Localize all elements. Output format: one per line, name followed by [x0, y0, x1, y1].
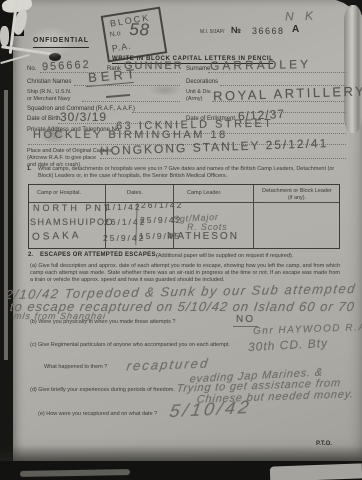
- no-label: No.: [27, 66, 36, 74]
- table-header-leader: Camp Leader.: [187, 190, 222, 197]
- dotted-line: [82, 101, 180, 102]
- ref-number: 36668: [252, 26, 285, 36]
- surname-value: GARRADLEY: [210, 57, 311, 73]
- q2e-label: (e) How were you recaptured and on what …: [38, 411, 157, 418]
- happened-answer: recaptured: [126, 356, 211, 374]
- q1-text: What camps, detachments or hospitals wer…: [38, 166, 346, 180]
- table-row-leader: MATHESON: [167, 231, 239, 242]
- stamp-pa-word: P.A.: [111, 41, 132, 54]
- table-header-block-leader: Detachment or Block Leader (if any).: [261, 188, 333, 202]
- dotted-line: [74, 85, 180, 86]
- dotted-line: [208, 72, 346, 73]
- q1-number: 1.: [27, 166, 32, 173]
- q2-title-note: (Additional paper will be supplied on re…: [156, 253, 293, 260]
- q2c-label: (c) Give Regimental particulars of anyon…: [30, 342, 230, 349]
- q2-number: 2.: [28, 252, 33, 260]
- table-row-camp: SHAMSHUIPOO: [30, 217, 114, 227]
- table-row-date-from: 1/1/42: [106, 202, 142, 212]
- paper-under-corner: [270, 463, 362, 480]
- page-bottom-shadow: [0, 446, 362, 462]
- unit-label-line2: (Army): [186, 96, 203, 103]
- address-value-line2: HOCKLEY BIRMINGHAM 18: [33, 129, 228, 141]
- happened-label: What happened to them ?: [44, 364, 107, 371]
- table-row-camp: NORTH PNT: [33, 203, 112, 213]
- pencil-note: N K: [285, 8, 317, 23]
- birth-label: Date of Birth: [27, 116, 60, 124]
- dotted-line: [212, 101, 346, 102]
- torn-paper-scrap: [0, 26, 9, 46]
- binding-highlight: [4, 90, 8, 360]
- decorations-label: Decorations: [186, 79, 218, 87]
- ship-label-line2: or Merchant Navy: [27, 96, 70, 103]
- table-header-dates: Dates.: [127, 190, 143, 197]
- block-number-stamp: BLOCK N.o P.A. 58: [101, 7, 168, 63]
- table-row-date-to: 26/1/42: [141, 200, 183, 210]
- table-row-camp: OSAKA: [32, 230, 82, 243]
- q2d-label: (d) Give briefly your experiences during…: [30, 387, 175, 394]
- ref-letter: A: [292, 24, 299, 35]
- birth-value: 30/3/19: [60, 110, 107, 124]
- confidential-marking: ONFIDENTIAL: [33, 37, 89, 48]
- curled-page-edge: [344, 5, 362, 133]
- stamp-number-handwritten: 58: [129, 20, 150, 40]
- q2-title: ESCAPES OR ATTEMPTED ESCAPES.: [40, 252, 158, 260]
- ref-no-symbol: №: [231, 25, 241, 35]
- ref-label: M.I. 9/JAP/: [200, 29, 224, 35]
- christian-names-label: Christian Names: [27, 79, 71, 87]
- dotted-line: [100, 158, 346, 159]
- table-header-camp: Camp or Hospital.: [37, 190, 81, 197]
- surname-label: Surname: [186, 66, 210, 74]
- table-column-line: [253, 185, 254, 248]
- stamp-no-word: N.o: [109, 30, 121, 39]
- q2e-answer: 5/10/42: [168, 397, 253, 422]
- q2b-label: (b) Were you physically fit when you mad…: [30, 319, 175, 326]
- scanned-pow-questionnaire: ONFIDENTIAL BLOCK N.o P.A. 58 M.I. 9/JAP…: [0, 0, 362, 480]
